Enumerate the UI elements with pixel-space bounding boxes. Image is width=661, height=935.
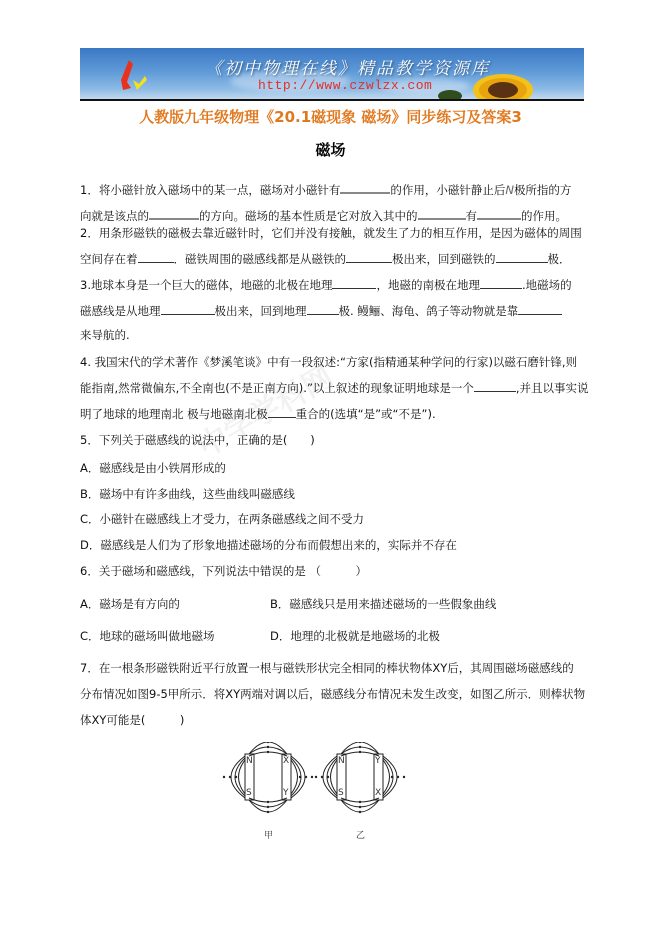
answer-blank[interactable]: [161, 302, 215, 315]
text: 极．: [548, 252, 571, 266]
text: 极出来，回到磁铁的: [392, 252, 496, 266]
question-6-option-c[interactable]: C．地球的磁场叫做地磁场: [80, 628, 215, 644]
pole-label: X: [283, 756, 289, 766]
text: 明了地球的地理南北 极与地磁南北极: [80, 407, 268, 421]
text: N: [505, 183, 514, 197]
question-4-line-1: 4. 我国宋代的学术著作《梦溪笔谈》中有一段叙述:“方家(指精通某种学问的行家)…: [80, 354, 577, 370]
question-1-line-1: 1．将小磁针放入磁场中的某一点，磁场对小磁针有的作用，小磁针静止后N极所指的方: [80, 180, 571, 198]
text: 3.地球本身是一个巨大的磁体，地磁的北极在地理: [80, 278, 332, 292]
answer-blank[interactable]: [307, 302, 339, 315]
text: 极所指的方: [514, 183, 572, 197]
pole-label: X: [375, 788, 381, 798]
answer-blank[interactable]: [477, 206, 521, 220]
section-heading: 磁场: [0, 139, 661, 160]
pole-label: Y: [375, 756, 381, 766]
text: 磁感线是从地理: [80, 304, 161, 318]
question-5-option-b[interactable]: B．磁场中有许多曲线，这些曲线叫磁感线: [80, 486, 295, 502]
answer-blank[interactable]: [496, 250, 548, 263]
text: ,并且以事实说: [516, 381, 589, 395]
question-1-line-2: 向就是该点的的方向。磁场的基本性质是它对放入其中的有的作用。: [80, 206, 567, 224]
sunflower-icon: [472, 66, 534, 100]
question-3-line-1: 3.地球本身是一个巨大的磁体，地磁的北极在地理，地磁的南极在地理.地磁场的: [80, 276, 572, 293]
question-5-option-d[interactable]: D．磁感线是人们为了形象地描述磁场的分布而假想出来的，实际并不存在: [80, 537, 457, 553]
text: 向就是该点的: [80, 209, 149, 223]
question-3-line-2: 磁感线是从地理极出来，回到地理极. 鳗鲡、海龟、鸽子等动物就是靠: [80, 302, 562, 319]
figure-caption-left: 甲: [264, 828, 273, 841]
answer-blank[interactable]: [480, 276, 522, 289]
text: 能指南,然常微偏东,不全南也(不是正南方向).”以上叙述的现象证明地球是一个: [80, 381, 474, 395]
pole-label: S: [246, 788, 252, 798]
question-7-line-1: 7．在一根条形磁铁附近平行放置一根与磁铁形状完全相同的棒状物体XY后，其周围磁场…: [80, 660, 574, 676]
figure-caption-right: 乙: [356, 828, 365, 841]
answer-blank[interactable]: [268, 405, 296, 418]
text: 的方向。磁场的基本性质是它对放入其中的: [199, 209, 418, 223]
header-banner: 《初中物理在线》精品教学资源库 http://www.czwlzx.com: [80, 48, 584, 100]
red-yellow-swoosh-logo-icon: [115, 58, 155, 94]
question-6-option-a[interactable]: A．磁场是有方向的: [80, 596, 180, 612]
text: 的作用。: [521, 209, 567, 223]
question-4-line-3: 明了地球的地理南北 极与地磁南北极重合的(选填“是”或“不是”).: [80, 405, 436, 422]
field-lines-diagram: [215, 742, 445, 822]
answer-blank[interactable]: [149, 206, 199, 220]
question-7-line-3: 体XY可能是( ): [80, 712, 184, 728]
answer-blank[interactable]: [474, 379, 516, 392]
question-7-line-2: 分布情况如图9-5甲所示．将XY两端对调以后，磁感线分布情况未发生改变，如图乙所…: [80, 686, 585, 702]
text: 的作用，小磁针静止后: [390, 183, 505, 197]
question-5-option-c[interactable]: C．小磁针在磁感线上才受力，在两条磁感线之间不受力: [80, 511, 364, 527]
answer-blank[interactable]: [346, 250, 392, 263]
magnetic-field-figure: N S X Y N S Y X 甲 乙: [215, 742, 445, 840]
pole-label: N: [338, 756, 345, 766]
banner-url: http://www.czwlzx.com: [258, 78, 432, 93]
answer-blank[interactable]: [138, 250, 174, 263]
pole-label: S: [338, 788, 344, 798]
pole-label: Y: [283, 788, 289, 798]
pole-label: N: [246, 756, 253, 766]
text: 1．将小磁针放入磁场中的某一点，磁场对小磁针有: [80, 183, 340, 197]
answer-blank[interactable]: [418, 206, 466, 220]
question-2-line-1: 2．用条形磁铁的磁极去靠近磁针时，它们并没有接触，就发生了力的相互作用，是因为磁…: [80, 225, 582, 241]
question-6-option-d[interactable]: D．地理的北极就是地磁场的北极: [270, 628, 440, 644]
question-6-option-b[interactable]: B．磁感线只是用来描述磁场的一些假象曲线: [270, 596, 496, 612]
text: 极出来，回到地理: [215, 304, 307, 318]
text: ．磁铁周围的磁感线都是从磁铁的: [174, 252, 347, 266]
leaf-icon: [435, 86, 465, 100]
question-6-stem: 6．关于磁场和磁感线，下列说法中错误的是 （ ）: [80, 563, 367, 579]
banner-title: 《初中物理在线》精品教学资源库: [205, 54, 490, 79]
question-5-stem: 5．下列关于磁感线的说法中，正确的是( ): [80, 432, 315, 448]
text: 有: [466, 209, 478, 223]
question-4-line-2: 能指南,然常微偏东,不全南也(不是正南方向).”以上叙述的现象证明地球是一个,并…: [80, 379, 589, 396]
banner-divider: [80, 99, 584, 101]
question-3-line-3: 来导航的.: [80, 327, 130, 343]
answer-blank[interactable]: [518, 302, 562, 315]
document-title: 人教版九年级物理《20.1磁现象 磁场》同步练习及答案3: [0, 106, 661, 127]
text: 空间存在着: [80, 252, 138, 266]
question-5-option-a[interactable]: A．磁感线是由小铁屑形成的: [80, 460, 226, 476]
text: 重合的(选填“是”或“不是”).: [296, 407, 436, 421]
answer-blank[interactable]: [340, 180, 390, 194]
answer-blank[interactable]: [332, 276, 376, 289]
question-2-line-2: 空间存在着．磁铁周围的磁感线都是从磁铁的极出来，回到磁铁的极．: [80, 250, 571, 267]
text: ，地磁的南极在地理: [376, 278, 480, 292]
text: .地磁场的: [522, 278, 572, 292]
text: 极. 鳗鲡、海龟、鸽子等动物就是靠: [339, 304, 519, 318]
